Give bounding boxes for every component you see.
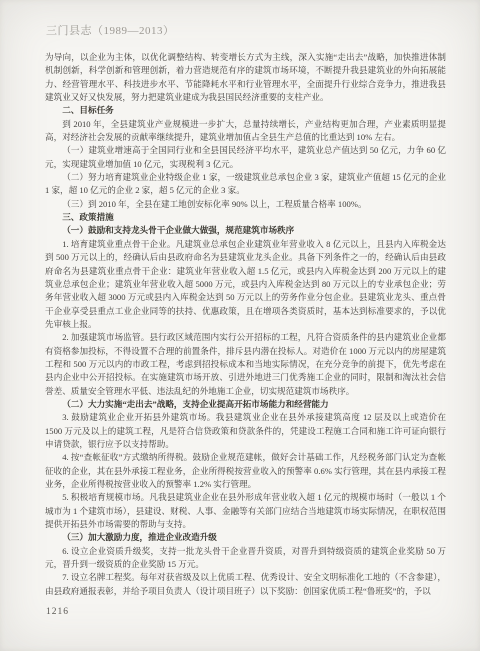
paragraph: （二）努力培育建筑业企业特级企业 1 家，一级建筑业总承包企业 3 家，建筑业产… xyxy=(45,171,446,198)
section-heading: （一）鼓励和支持龙头骨干企业做大做强，规范建筑市场秩序 xyxy=(45,224,446,237)
paragraph: 5. 积极培育规模市场。凡我县建筑业企业在县外形成年营业收入超 1 亿元的规模市… xyxy=(45,491,446,531)
section-heading: （二）大力实施“走出去”战略，支持企业提高开拓市场能力和经营能力 xyxy=(45,398,446,411)
section-heading: 三、政策措施 xyxy=(45,211,446,224)
paragraph: 4. 按“查帐征收”方式缴纳所得税。鼓励企业规范建帐，做好会计基础工作，凡经税务… xyxy=(45,451,446,491)
paragraph: 到 2010 年，全县建筑业产业规模进一步扩大，总量持续增长，产业结构更加合理，… xyxy=(45,118,446,145)
running-header: 三门县志（1989—2013） xyxy=(46,22,175,38)
section-heading: 二、目标任务 xyxy=(45,104,446,117)
paragraph: 3. 鼓励建筑业企业开拓县外建筑市场。我县建筑业企业在县外承接建筑高度 12 层… xyxy=(45,411,446,451)
paragraph: 7. 设立名牌工程奖。每年对获省级及以上优质工程、优秀设计、安全文明标准化工地的… xyxy=(45,571,446,598)
paragraph: 为导向，以企业为主体，以优化调整结构、转变增长方式为主线，深入实施“走出去”战略… xyxy=(45,51,446,104)
document-body: 为导向，以企业为主体，以优化调整结构、转变增长方式为主线，深入实施“走出去”战略… xyxy=(45,51,446,598)
paragraph: 6. 设立企业资质升级奖，支持一批龙头骨干企业晋升资质，对晋升到特级资质的建筑企… xyxy=(45,545,446,572)
scanned-page: 三门县志（1989—2013） 为导向，以企业为主体，以优化调整结构、转变增长方… xyxy=(0,0,480,651)
paragraph: （一）建筑业增速高于全国同行业和全县国民经济平均水平，建筑业总产值达到 50 亿… xyxy=(45,144,446,171)
paragraph: 2. 加强建筑市场监管。县行政区域范围内实行公开招标的工程，凡符合资质条件的县内… xyxy=(45,331,446,398)
section-heading: （三）加大激励力度，推进企业改造升级 xyxy=(45,531,446,544)
paragraph: （三）到 2010 年，全县在建工地创安标化率 90% 以上，工程质量合格率 1… xyxy=(45,198,446,211)
paragraph: 1. 培育建筑业重点骨干企业。凡建筑业总承包企业建筑业年营业收入 8 亿元以上，… xyxy=(45,238,446,331)
page-number: 1216 xyxy=(46,607,69,617)
